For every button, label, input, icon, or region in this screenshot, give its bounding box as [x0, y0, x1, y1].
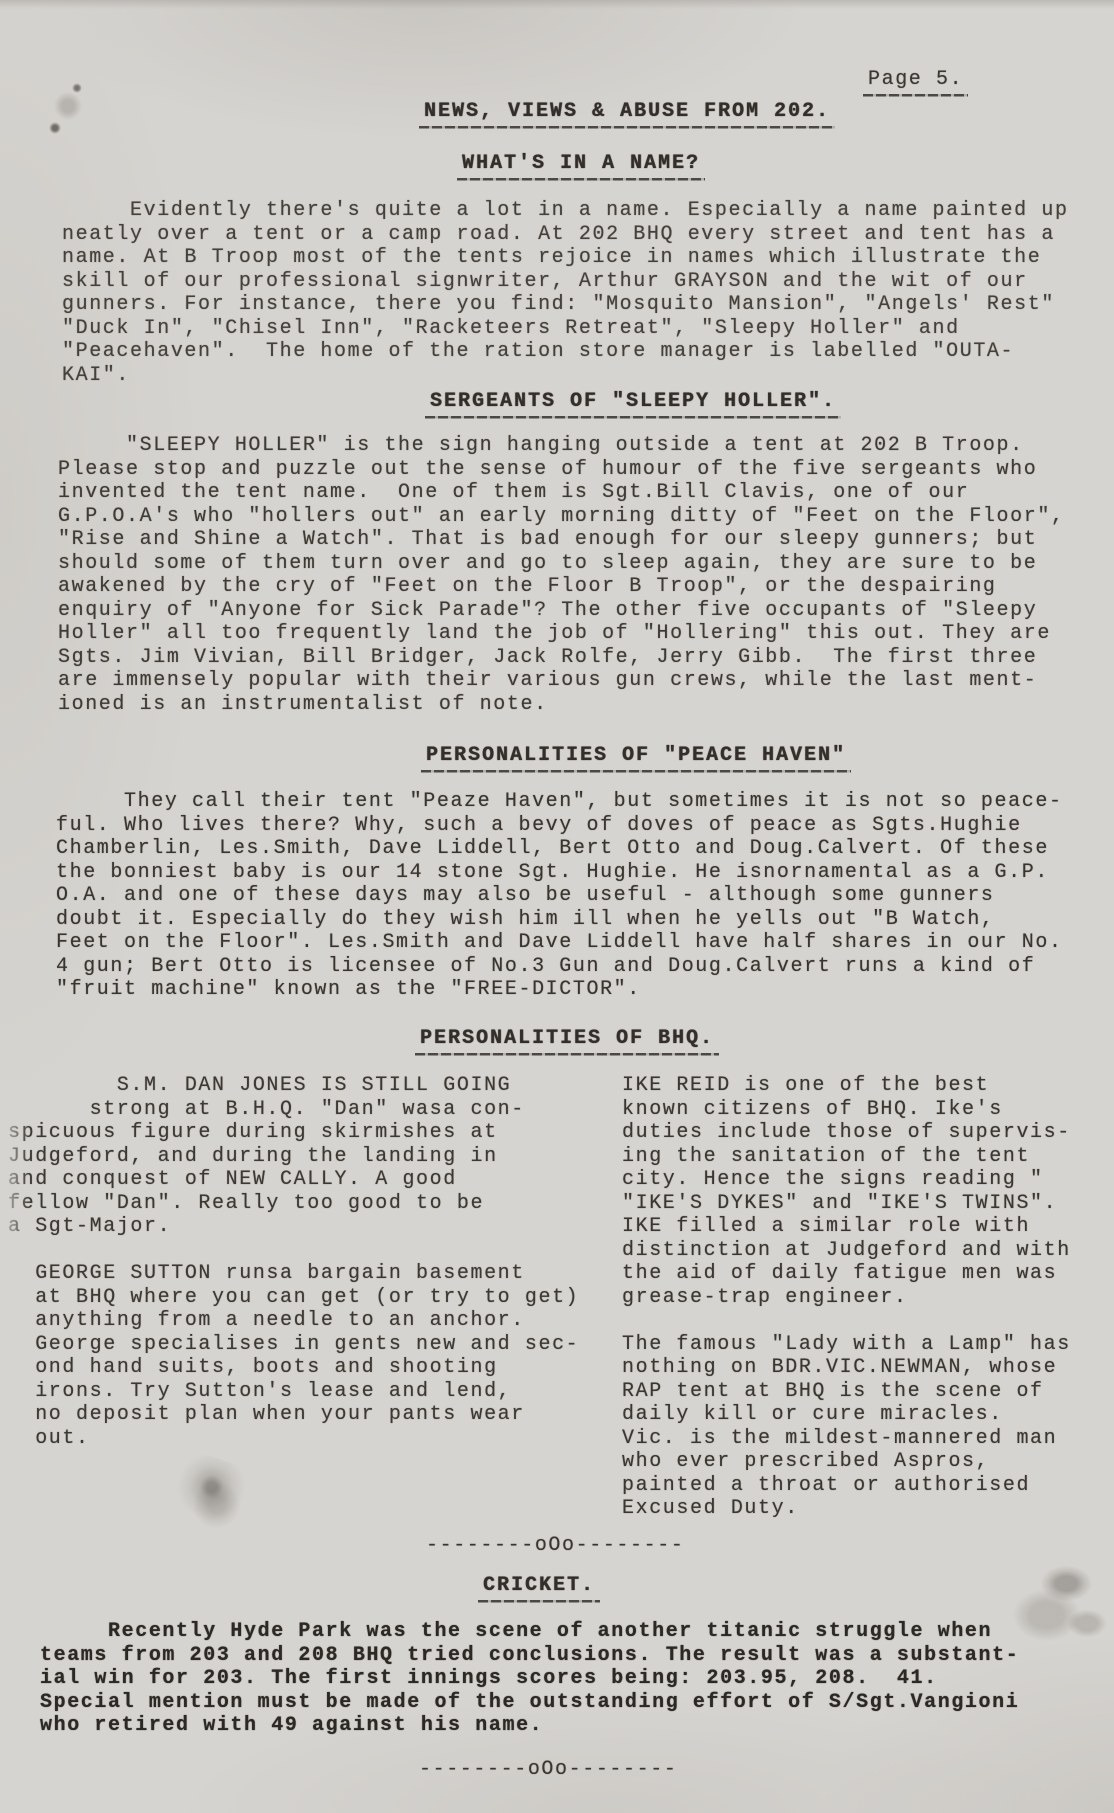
fingerprint-smudge — [161, 1447, 258, 1544]
section-heading-whats-in-a-name: WHAT'S IN A NAME? — [462, 152, 700, 181]
typed-divider-middle: --------oOo-------- — [426, 1534, 684, 1558]
section-heading-cricket: CRICKET. — [483, 1574, 595, 1603]
page-number-text: Page 5. — [863, 68, 968, 97]
section-heading-sergeants-of-sleepy-holler: SERGEANTS OF "SLEEPY HOLLER". — [430, 390, 836, 419]
page-number: Page 5. — [868, 68, 963, 97]
section-heading-personalities-of-peace-haven: PERSONALITIES OF "PEACE HAVEN" — [426, 744, 846, 773]
paragraph-peace-haven: They call their tent "Peaze Haven", but … — [56, 790, 1063, 1002]
document-title-text: NEWS, VIEWS & ABUSE FROM 202. — [419, 100, 835, 129]
section-heading-personalities-of-bhq: PERSONALITIES OF BHQ. — [420, 1027, 714, 1056]
paragraph-whats-in-a-name: Evidently there's quite a lot in a name.… — [62, 199, 1069, 387]
typed-divider-end: --------oOo-------- — [419, 1758, 677, 1782]
bhq-right-column: IKE REID is one of the best known citize… — [622, 1074, 1071, 1521]
document-title: NEWS, VIEWS & ABUSE FROM 202. — [424, 100, 830, 129]
paragraph-sleepy-holler: "SLEEPY HOLLER" is the sign hanging outs… — [58, 434, 1065, 716]
scanned-newsletter-page: { "document": { "page_label": "Page 5.",… — [0, 0, 1114, 1813]
bhq-left-column: S.M. DAN JONES IS STILL GOING strong at … — [8, 1074, 579, 1450]
paragraph-cricket: Recently Hyde Park was the scene of anot… — [40, 1620, 1019, 1738]
